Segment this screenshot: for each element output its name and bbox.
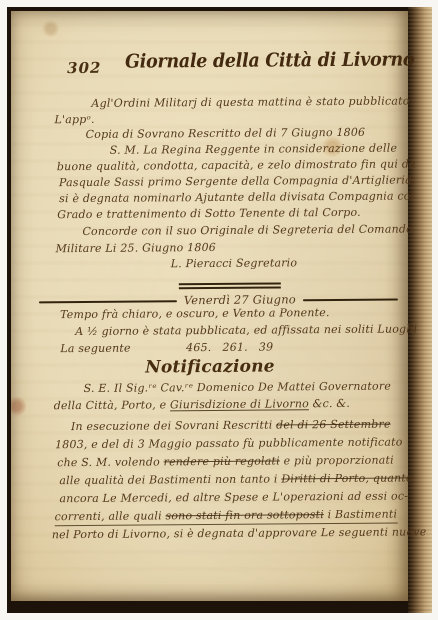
- manuscript-line: S. M. La Regina Reggente in considerazio…: [110, 143, 397, 158]
- manuscript-line: Militare Li 25. Giugno 1806: [56, 242, 217, 256]
- journal-title: Giornale della Città di Livorno: [125, 49, 414, 73]
- manuscript-line: A ½ giorno è stata pubblicata, ed affiss…: [75, 323, 417, 338]
- manuscript-lines: 302Giornale della Città di LivornoAgl'Or…: [9, 9, 411, 602]
- secretary-signature: L. Pieracci Segretario: [171, 257, 298, 271]
- manuscript-line: L'appᵒ.: [54, 114, 94, 127]
- reference-numbers: La seguente 465. 261. 39: [60, 342, 273, 356]
- manuscript-line: si è degnata nominarlo Ajutante della di…: [59, 190, 414, 205]
- notification-heading: Notificazione: [11, 356, 408, 379]
- manuscript-line: Concorde con il suo Originale di Segrete…: [82, 223, 413, 238]
- manuscript-line: 1803, e del di 3 Maggio passato fù pubbl…: [55, 436, 403, 451]
- page-number: 302: [67, 60, 101, 78]
- weather-note: Tempo frà chiaro, e oscuro, e Vento a Po…: [60, 307, 330, 322]
- manuscript-line: ancora Le Mercedi, ed altre Spese e L'op…: [59, 490, 408, 505]
- manuscript-line: In esecuzione dei Sovrani Rescritti del …: [71, 419, 391, 434]
- manuscript-line: buone qualità, condotta, capacità, e zel…: [57, 158, 416, 173]
- section-divider: [179, 286, 281, 288]
- rescript-copy-heading: Copia di Sovrano Rescritto del di 7 Giug…: [86, 127, 366, 142]
- manuscript-line: della Città, Porto, e Giurisdizione di L…: [54, 398, 350, 413]
- book-fore-edge: [408, 7, 432, 613]
- manuscript-line: alle qualità dei Bastimenti non tanto i …: [59, 472, 413, 487]
- photo-frame: 302Giornale della Città di LivornoAgl'Or…: [7, 7, 432, 613]
- manuscript-line: Grado e trattenimento di Sotto Tenente d…: [57, 207, 361, 222]
- manuscript-line: Agl'Ordini Militarj di questa mattina è …: [91, 95, 409, 110]
- manuscript-line: correnti, alle quali sono stati fin ora …: [55, 509, 398, 526]
- manuscript-line: S. E. Il Sig.ʳᵉ Cav.ʳᵉ Domenico De Matte…: [84, 381, 391, 396]
- section-divider: [179, 282, 281, 285]
- manuscript-page: 302Giornale della Città di LivornoAgl'Or…: [11, 11, 408, 601]
- manuscript-line: nel Porto di Livorno, si è degnata d'app…: [52, 526, 427, 542]
- manuscript-line: che S. M. volendo rendere più regolati e…: [57, 455, 394, 470]
- manuscript-line: Pasquale Sassi primo Sergente della Comp…: [59, 174, 416, 189]
